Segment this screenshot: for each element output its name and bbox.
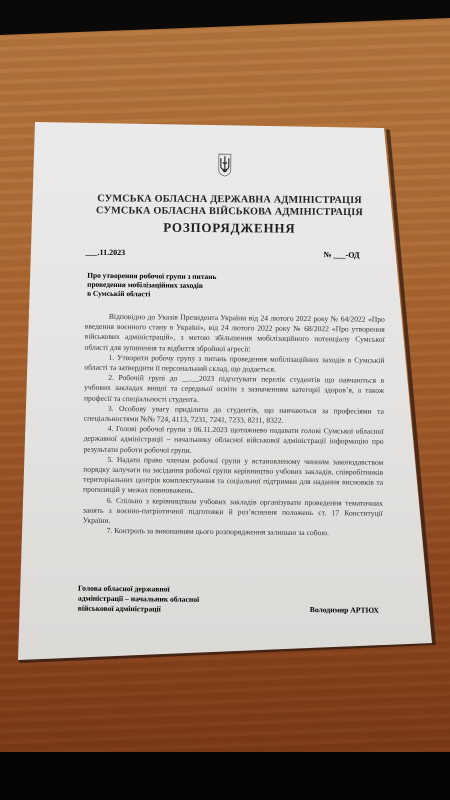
document-subject: Про утворення робочої групи з питань про… [87, 271, 287, 301]
order-item: 6. Спільно з керівництвом учбових заклад… [83, 495, 383, 529]
document-date: ___.11.2023 [85, 248, 125, 257]
signatory-name: Володимир АРТЮХ [310, 605, 379, 615]
preamble-paragraph: Відповідно до Указів Президента України … [84, 312, 384, 356]
order-item: 7. Контроль за виконанням цього розпоряд… [83, 526, 383, 539]
order-item: 5. Надати право членам робочої групи у в… [83, 455, 383, 499]
subject-line: в Сумській області [87, 289, 287, 300]
signatory-position: Голова обласної державної адміністрації … [78, 584, 258, 616]
document-number: № ___-ОД [323, 250, 359, 259]
order-item: 2. Робочій групі до __.__2023 підготуват… [84, 373, 384, 407]
order-item: 4. Голові робочої групи з 06.11.2023 щот… [83, 424, 383, 458]
document-body: Відповідно до Указів Президента України … [83, 312, 385, 540]
position-line: військової адміністрації [78, 604, 258, 616]
